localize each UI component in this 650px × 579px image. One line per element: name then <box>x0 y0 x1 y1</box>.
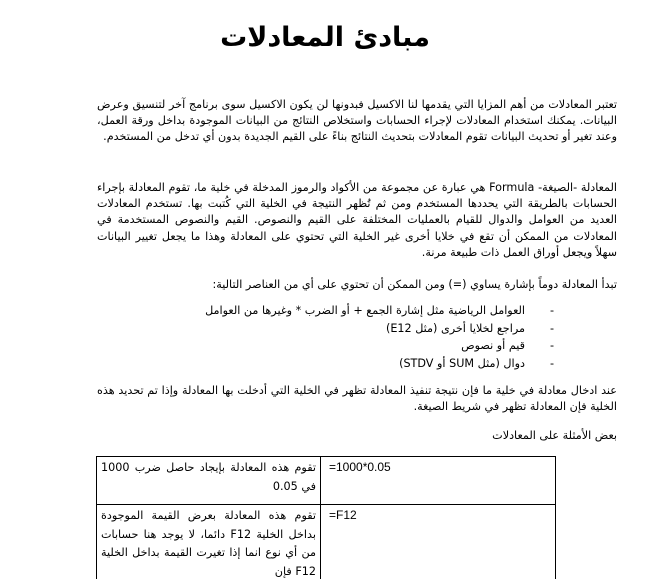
formula-cell: =1000*0.05 <box>321 457 556 505</box>
description-cell: تقوم هذه المعادلة بإيجاد حاصل ضرب 1000 ف… <box>97 457 321 505</box>
document-page: مبادئ المعادلات تعتبر المعادلات من أهم ا… <box>0 0 650 579</box>
formula-cell: =F12 <box>321 505 556 579</box>
list-item-text: العوامل الرياضية مثل إشارة الجمع + أو ال… <box>205 304 525 317</box>
table-row: =F12 تقوم هذه المعادلة بعرض القيمة الموج… <box>97 505 556 579</box>
list-item: - قيم أو نصوص <box>136 337 556 355</box>
entering-formula-paragraph: عند ادخال معادلة في خلية ما فإن نتيجة تن… <box>97 383 617 415</box>
list-item: - العوامل الرياضية مثل إشارة الجمع + أو … <box>136 302 556 320</box>
list-item-text: مراجع لخلايا أخرى (مثل E12) <box>386 322 525 335</box>
examples-heading: بعض الأمثلة على المعادلات <box>97 428 617 444</box>
description-cell: تقوم هذه المعادلة بعرض القيمة الموجودة ب… <box>97 505 321 579</box>
dash-bullet-icon: - <box>550 355 554 373</box>
table-row: =1000*0.05 تقوم هذه المعادلة بإيجاد حاصل… <box>97 457 556 505</box>
dash-bullet-icon: - <box>550 302 554 320</box>
formula-elements-list: - العوامل الرياضية مثل إشارة الجمع + أو … <box>136 302 556 372</box>
list-item-text: قيم أو نصوص <box>461 339 525 352</box>
dash-bullet-icon: - <box>550 320 554 338</box>
examples-table: =1000*0.05 تقوم هذه المعادلة بإيجاد حاصل… <box>96 456 556 579</box>
list-item: - مراجع لخلايا أخرى (مثل E12) <box>136 320 556 338</box>
list-item: - دوال (مثل SUM أو STDV) <box>136 355 556 373</box>
page-title: مبادئ المعادلات <box>0 22 650 53</box>
intro-paragraph: تعتبر المعادلات من أهم المزايا التي يقدم… <box>97 97 617 146</box>
list-item-text: دوال (مثل SUM أو STDV) <box>399 357 525 370</box>
starts-with-paragraph: تبدأ المعادلة دوماً بإشارة يساوي (=) ومن… <box>97 277 617 293</box>
dash-bullet-icon: - <box>550 337 554 355</box>
definition-paragraph: المعادلة -الصيغة- Formula هي عبارة عن مج… <box>97 180 617 261</box>
